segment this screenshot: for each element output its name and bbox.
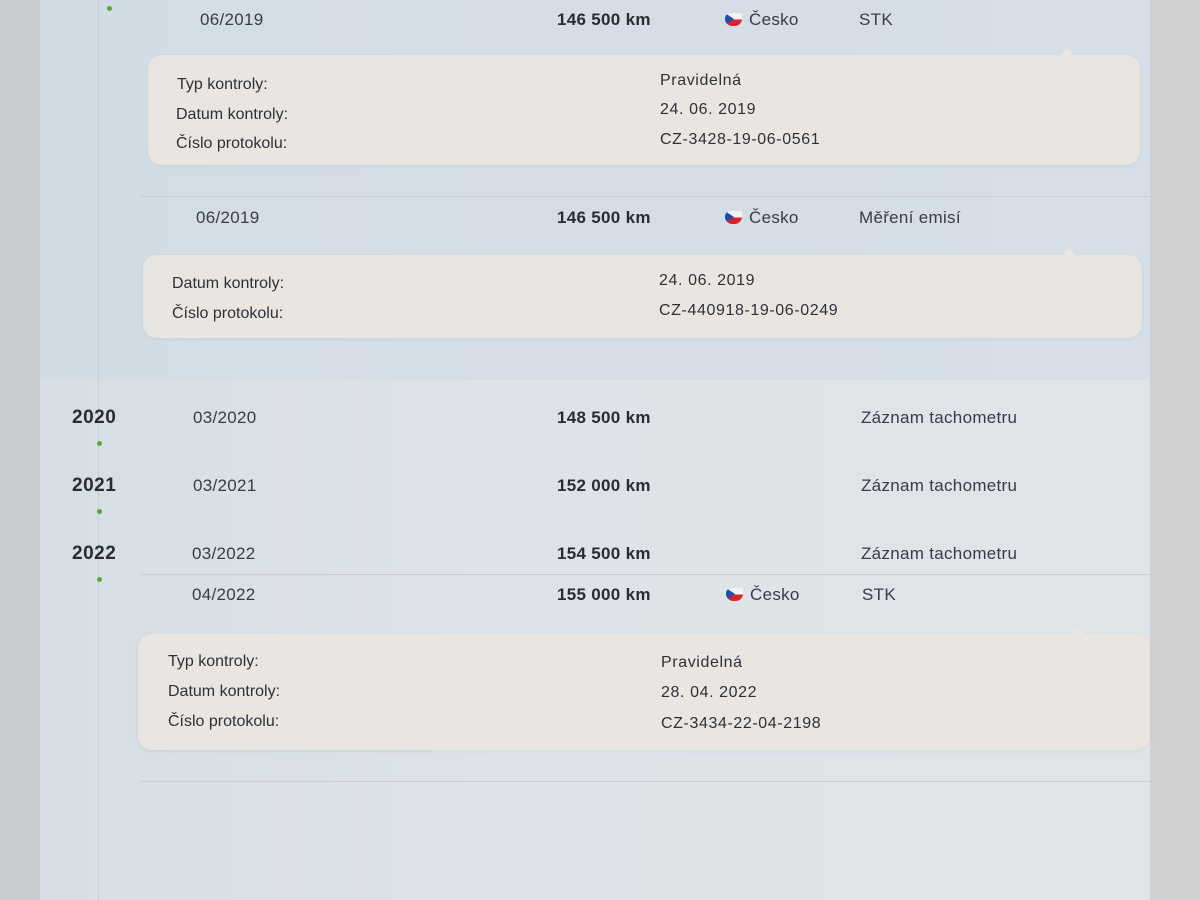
entry-mileage: 155 000 km [557,575,651,615]
czech-flag-icon [725,13,742,26]
detail-label: Datum kontroly: [168,683,280,701]
entry-type: Měření emisí [859,198,961,238]
entry-detail-panel: Datum kontroly: 24. 06. 2019 Číslo proto… [143,255,1142,338]
entry-mileage: 148 500 km [557,398,651,438]
country-name: Česko [750,585,800,604]
timeline-entry-row[interactable]: 06/2019 146 500 km Česko STK [140,0,1150,40]
timeline-dot [97,509,102,514]
timeline-entry-row[interactable]: 03/2020 148 500 km Záznam tachometru [140,398,1150,438]
entry-date: 03/2020 [193,398,257,438]
entry-type: STK [862,575,896,615]
timeline-entry-row[interactable]: 06/2019 146 500 km Česko Měření emisí [140,198,1150,238]
entry-type: STK [859,0,893,40]
entry-detail-panel: Typ kontroly: Pravidelná Datum kontroly:… [138,634,1150,750]
detail-value: 24. 06. 2019 [659,272,755,290]
detail-value: CZ-3428-19-06-0561 [660,131,820,149]
entry-country: Česko [725,198,799,238]
entry-detail-panel: Typ kontroly: Pravidelná Datum kontroly:… [148,55,1140,165]
detail-value: 28. 04. 2022 [661,684,757,702]
country-name: Česko [749,208,799,227]
entry-mileage: 146 500 km [557,0,651,40]
detail-label: Typ kontroly: [168,653,259,671]
entry-country: Česko [725,0,799,40]
country-name: Česko [749,10,799,29]
timeline-entry-row[interactable]: 03/2021 152 000 km Záznam tachometru [140,466,1150,506]
timeline-line [98,0,99,900]
entry-date: 04/2022 [192,575,256,615]
detail-value: CZ-440918-19-06-0249 [659,302,838,320]
entry-date: 03/2022 [192,534,256,574]
detail-label: Datum kontroly: [172,275,284,293]
row-divider [140,781,1152,782]
detail-value: Pravidelná [660,72,742,90]
entry-date: 06/2019 [196,198,260,238]
timeline-year: 2020 [72,407,116,429]
timeline-dot [107,6,112,11]
entry-mileage: 154 500 km [557,534,651,574]
czech-flag-icon [725,211,742,224]
entry-country: Česko [726,575,800,615]
entry-type: Záznam tachometru [861,534,1017,574]
entry-type: Záznam tachometru [861,466,1017,506]
detail-label: Datum kontroly: [176,106,288,124]
detail-label: Číslo protokolu: [172,305,283,323]
detail-label: Číslo protokolu: [168,713,279,731]
detail-label: Číslo protokolu: [176,135,287,153]
timeline-dot [97,577,102,582]
czech-flag-icon [726,588,743,601]
entry-type: Záznam tachometru [861,398,1017,438]
timeline-dot [97,441,102,446]
entry-date: 06/2019 [200,0,264,40]
timeline-year: 2022 [72,543,116,565]
page-edge [1150,0,1200,900]
detail-value: CZ-3434-22-04-2198 [661,715,821,733]
timeline-year: 2021 [72,475,116,497]
detail-value: 24. 06. 2019 [660,101,756,119]
row-divider [140,196,1152,197]
timeline-entry-row[interactable]: 03/2022 154 500 km Záznam tachometru [140,534,1150,574]
timeline-entry-row[interactable]: 04/2022 155 000 km Česko STK [140,575,1150,615]
entry-mileage: 152 000 km [557,466,651,506]
entry-mileage: 146 500 km [557,198,651,238]
detail-label: Typ kontroly: [177,76,268,94]
detail-value: Pravidelná [661,654,743,672]
entry-date: 03/2021 [193,466,257,506]
